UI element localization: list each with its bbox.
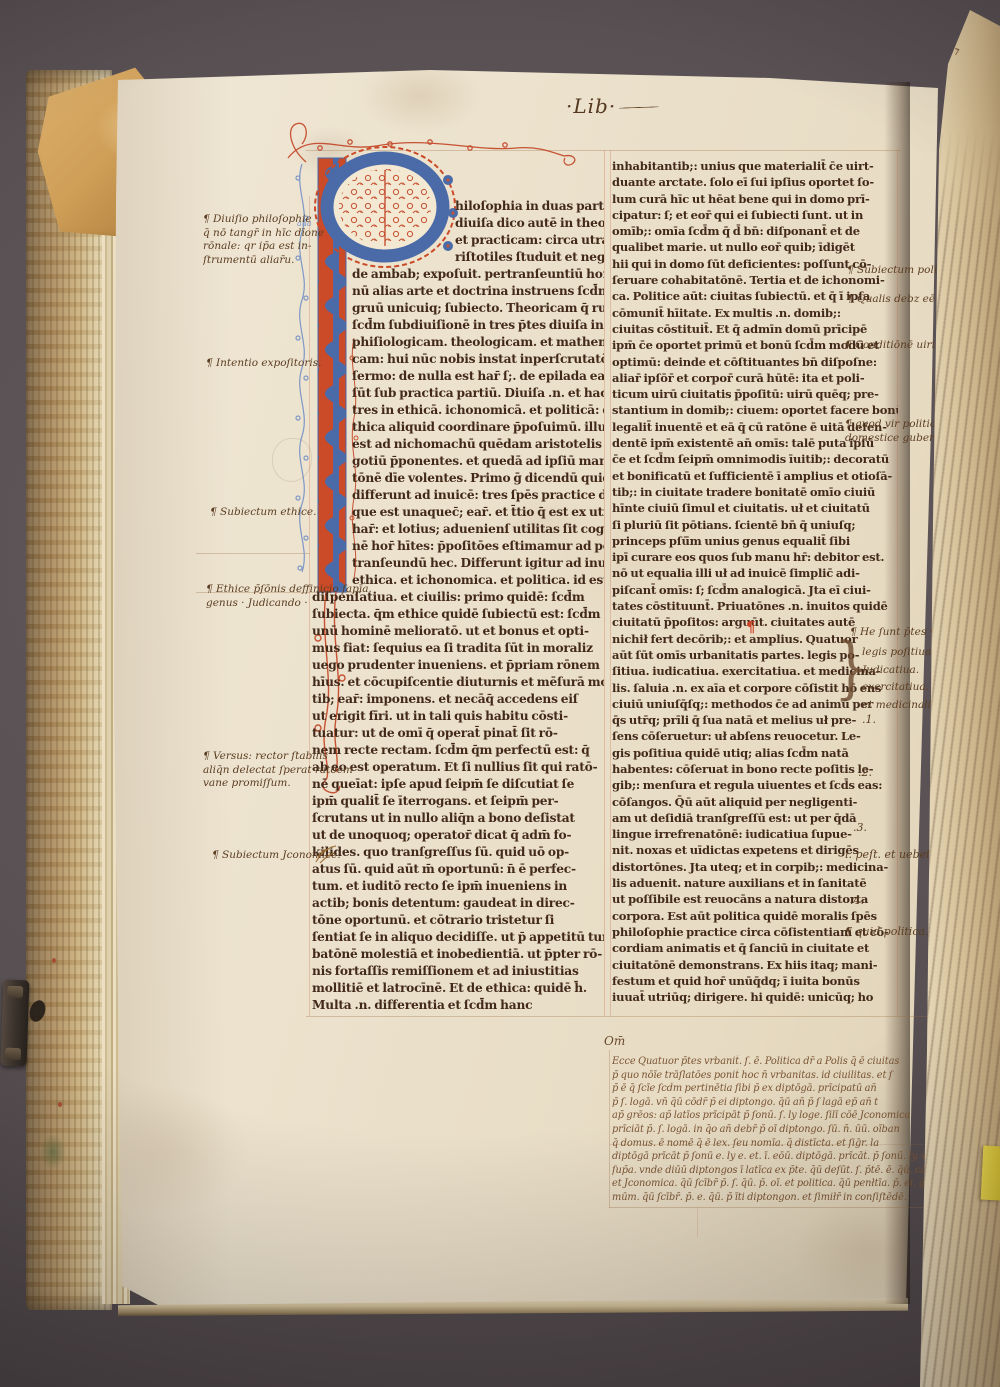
- margin-number-1: .1.: [862, 713, 876, 726]
- text-line: ipī curare eos quos ſub manu hr̄: debito…: [612, 549, 898, 565]
- text-column-2: inhabitantib;: unius que materialit̄ c̄e…: [612, 158, 898, 1005]
- text-line: ipm̄ qualit̄ ſe īterrogans. et ſeipm̄ pe…: [312, 793, 604, 810]
- text-line: tres in ethicā. ichonomicā. et politicā:…: [352, 402, 604, 419]
- green-stain: [40, 1134, 66, 1170]
- text-line: mollitiē et latrocīnē. Et de ethica: qui…: [312, 980, 604, 997]
- text-line: inhabitantib;: unius que materialit̄ c̄e…: [612, 158, 898, 174]
- text-line: tum. et iuditō recto ſe ipm̄ inueniens i…: [312, 878, 604, 895]
- text-line: gis poſitiua quidē utiq; alias ſcd̄m nat…: [612, 745, 898, 761]
- ruling-line: [604, 150, 605, 1016]
- red-speck: [52, 958, 56, 963]
- text-line: et practicam: circa utraſq; a-: [455, 232, 604, 249]
- text-line: nem recte rectam. ſcd̄m q̄m perfectū est…: [312, 742, 604, 759]
- ruling-line: [610, 150, 611, 1016]
- text-line: nis fortaſſis remiſſionem et ad iniustit…: [312, 963, 604, 980]
- text-line: q̄ nō tangr̄ in hīc dīone: [203, 227, 324, 241]
- text-line: uego prudenter inueniens. et p̄priam rōn…: [312, 657, 604, 674]
- text-line: que est unaquec̄; ear̄. et t̄tio q̄ est …: [352, 504, 604, 521]
- gloss-frame-line: [609, 1207, 940, 1208]
- text-line: tranſeundū hec. Differunt igitur ad inui…: [352, 555, 604, 572]
- text-line: cōmunit̄ hīitate. Ex multis .n. domib;:: [612, 305, 898, 321]
- text-line: ¶ Diuiſio philoſophie: [203, 213, 324, 227]
- text-line: gotiū p̄ponentes. et quedā ad ipſiū mani…: [352, 453, 604, 470]
- text-line: ¶ Versus: rector ſtabilis: [203, 750, 353, 764]
- text-line: rōnale: qr ip̄a est in-: [203, 240, 324, 254]
- margin-note-divisio: ¶ Diuiſio philoſophieq̄ nō tangr̄ in hīc…: [203, 213, 324, 267]
- text-line: ¶ Intentio expoſitoris.: [206, 357, 321, 371]
- text-line: batōnē molestiā et inobedientiā. ut p̄pt…: [312, 946, 604, 963]
- col1-opening-lines: hiloſophia in duas partesdiuiſa dico aut…: [312, 198, 604, 266]
- text-line: lum curā hīc ut hēat bene qui in domo pr…: [612, 191, 898, 207]
- gloss-frame-line: [609, 1050, 610, 1208]
- text-line: ſi pluriū ſit pōtians. ſcientē bn̄ q̄ un…: [612, 517, 898, 533]
- rubric-paragraph-mark: ¶: [746, 618, 756, 636]
- text-line: festum et quid hor̄ unūq̄dq; ī iuita bon…: [612, 973, 898, 989]
- text-line: iuuat̄ utriūq; dirigere. hi quidē: unicū…: [612, 989, 898, 1005]
- text-line: riſtotiles ſtuduit et negotia: [455, 249, 604, 266]
- text-line: ſens cōſeruetur: uł abſens reuocetur. Le…: [612, 728, 898, 744]
- text-line: gruū unicuiq; ſubiecto. Theoricam q̄ rur…: [352, 300, 604, 317]
- margin-number-2: .2.: [858, 766, 872, 779]
- red-speck: [58, 1102, 62, 1107]
- text-line: har̄: et lotius; aduenienſ utilitas ſit …: [352, 521, 604, 538]
- fore-edge-bookmark: [981, 1146, 1000, 1201]
- col1-beside-initial-lines: de ambab; expoſuit. pertranſeuntiū homi-…: [312, 266, 604, 589]
- text-line: tōne oportunū. et cōtrario tristetur ſi: [312, 912, 604, 929]
- text-line: gib;: menſura et regula uiuentes et ſcd̄…: [612, 777, 898, 793]
- text-line: cipatur: ſ; et eor̄ qui ei ſubiecti ſunt…: [612, 207, 898, 223]
- margin-number-4: .4.: [850, 894, 864, 907]
- manuscript-photo: aua ·Lib· hiloſophia in duas partesdiuiſ…: [0, 0, 1000, 1387]
- metal-clasp: [1, 980, 30, 1067]
- running-title: ·Lib·: [566, 94, 659, 118]
- text-line: unū hominē melioratō. ut et bonus et opt…: [312, 623, 604, 640]
- text-line: corpora. Est aūt politica quidē moralis …: [612, 908, 898, 924]
- text-line: ciuitas cōstituit̄. Et q̄ admīn domū prī…: [612, 321, 898, 337]
- text-line: ſtrumentū aliar̄u.: [203, 254, 324, 268]
- text-line: princeps pſū̄m unius genus equalit̄ ſibi: [612, 533, 898, 549]
- margin-note-definitio: ¶ Ethice p̄ſōnis deffinicio ſapīa.genus …: [206, 583, 372, 610]
- text-line: tuatur: ut de omī q̄ operat̄ pinat̄ ſit …: [312, 725, 604, 742]
- text-line: ſermo: de nulla est har̄ ſ;. de epilada …: [352, 368, 604, 385]
- text-line: piſcant̄ omīs: ſ; ſcd̄m analogicā. Jta e…: [612, 582, 898, 598]
- margin-note-subiectum-ethice: ¶ Subiectum ethice.: [210, 506, 316, 520]
- ruling-line: [697, 1207, 698, 1237]
- catchword: Om̄: [604, 1034, 625, 1048]
- text-line: lis aduenit. nature auxilians et in ſani…: [612, 875, 898, 891]
- text-line: tōnē dīe volentes. Primo ḡ dicendū quid: [352, 470, 604, 487]
- text-line: actib; bonis detentum: gaudeat in direc-: [312, 895, 604, 912]
- text-line: diuiſa dico autē in theoricā: [455, 215, 604, 232]
- margin-number-3: .3.: [853, 821, 867, 834]
- text-line: cordiam animatis et q̄ ſanciū in ciuitat…: [612, 940, 898, 956]
- text-line: omīb;: omīa ſcd̄m q̄ d̄ bn̄: diſponant̄ …: [612, 223, 898, 239]
- col1-full-lines: diſpenſatiua. et ciuilis: primo quidē: ſ…: [312, 589, 604, 1014]
- text-line: cam: hui nūc nobis instat inperſcrutatōn…: [352, 351, 604, 368]
- text-line: kilides. quo tranſgreſſus ſū. quid uō op…: [312, 844, 604, 861]
- text-line: ¶ Subiectum ethice.: [210, 506, 316, 520]
- ruling-line: [306, 1016, 945, 1017]
- text-line: ciuitatōnē demonstrans. Ex hiis itaq; ma…: [612, 957, 898, 973]
- text-line: hiloſophia in duas partes: [455, 198, 604, 215]
- text-line: ſūt ſub practica partiū. Diuiſa .n. et h…: [352, 385, 604, 402]
- text-line: thica aliquid coordinare p̄poſuimū. illu…: [352, 419, 604, 436]
- text-line: c̄e et ſcd̄m ſeipm̄ omnimodis īuitib;: d…: [612, 451, 898, 467]
- text-line: est ad nichomachū quēdam aristotelis ne-: [352, 436, 604, 453]
- margin-note-subiectum-iconomice: ¶ Subiectum Jconomice.: [212, 849, 341, 863]
- text-line: ab eo est operatum. Et ſi nullius ſit qu…: [312, 759, 604, 776]
- text-line: tib;: in ciuitate tradere bonitatē omīo …: [612, 484, 898, 500]
- text-line: duante arctate. ſolo eī ſui ipſius oport…: [612, 174, 898, 190]
- text-line: atus ſū. quid aūt m̄ oportunū: n̄ ē perf…: [312, 861, 604, 878]
- text-line: nē queīat: ipſe apud ſeipm̄ ſe diſcutiat…: [312, 776, 604, 793]
- text-line: ticum uirū ciuitatis p̄poſitū: uirū quēq…: [612, 386, 898, 402]
- text-line: tates cōstituunt̄. Priuatōnes .n. inuito…: [612, 598, 898, 614]
- spine-page-edges: [26, 70, 112, 1310]
- text-line: nū alias arte et doctrina instruens ſcd̄…: [352, 283, 604, 300]
- running-title-text: ·Lib·: [566, 94, 616, 118]
- text-line: hīus. et cōcupiſcentie diuturnis et mēſu…: [312, 674, 604, 691]
- text-line: habentes: cōſeruat in bono recte poſitis…: [612, 761, 898, 777]
- title-flourish: [619, 106, 659, 108]
- text-line: tib; ear̄: imponens. et necāq̄ accedens …: [312, 691, 604, 708]
- text-line: optimū: deinde et cōſtituantes bn̄ diſpo…: [612, 354, 898, 370]
- text-line: ut de unoquoq; operator̄ dicat q̄ adm̄ f…: [312, 827, 604, 844]
- margin-note-intentio: ¶ Intentio expoſitoris.: [206, 357, 321, 371]
- text-line: ¶ Ethice p̄ſōnis deffinicio ſapīa.: [206, 583, 372, 597]
- text-line: stantium in domib;: ciuem: oportet facer…: [612, 402, 898, 418]
- text-line: ſcrutans ut in nullo aliq̄n a bono deſis…: [312, 810, 604, 827]
- text-line: ethica. et ichonomica. et politica. id e…: [352, 572, 604, 589]
- text-line: genus · Judicando ·: [206, 597, 372, 611]
- text-line: cōſangos. Q̄ū aūt aliquid per negligenti…: [612, 794, 898, 810]
- text-line: ¶ Subiectum Jconomice.: [212, 849, 341, 863]
- text-line: hīnte ciuiū ſimul et ciuitatis. uł et ci…: [612, 500, 898, 516]
- text-line: nē hor̄ hītes: p̄poſitōes eſtimamur ad p…: [352, 538, 604, 555]
- text-line: vane promiſſum.: [203, 777, 353, 791]
- text-line: distortōnes. Jta uteq; et in corpib;: me…: [612, 859, 898, 875]
- text-line: Multa .n. differentia et ſcd̄m hanc: [312, 997, 604, 1014]
- text-line: nō ut equalia illi uł ad inuicē ſimplic̄…: [612, 565, 898, 581]
- margin-note-versus: ¶ Versus: rector ſtabilisaliq̄n delectat…: [203, 750, 353, 791]
- text-line: et bonificatū et ſufficientē ī amplius e…: [612, 468, 898, 484]
- text-line: ſentiat ſe in aliquo decidiſſe. ut p̄ ap…: [312, 929, 604, 946]
- text-line: phiſiologicam. theologicam. et mathemati…: [352, 334, 604, 351]
- text-line: qualibet marie. ut nullo eor̄ quib; īdig…: [612, 239, 898, 255]
- text-line: aliq̄n delectat ſperat ratōem: [203, 764, 353, 778]
- text-line: mus fiat: ſequius ea ſi tradita ſūt in m…: [312, 640, 604, 657]
- text-line: aliar̄ ipſōr̄ et corpor̄ curā hūtē: ita …: [612, 370, 898, 386]
- text-line: de ambab; expoſuit. pertranſeuntiū homi-: [352, 266, 604, 283]
- text-line: q̄s utr̄q; prīli q̄ ſua natā et melius u…: [612, 712, 898, 728]
- text-line: differunt ad inuicē: tres ſpēs practice …: [352, 487, 604, 504]
- text-line: ut erigit fīri. ut in tali quis habitu c…: [312, 708, 604, 725]
- text-line: ſcd̄m ſubdiuiſionē in tres p̄tes diuiſa …: [352, 317, 604, 334]
